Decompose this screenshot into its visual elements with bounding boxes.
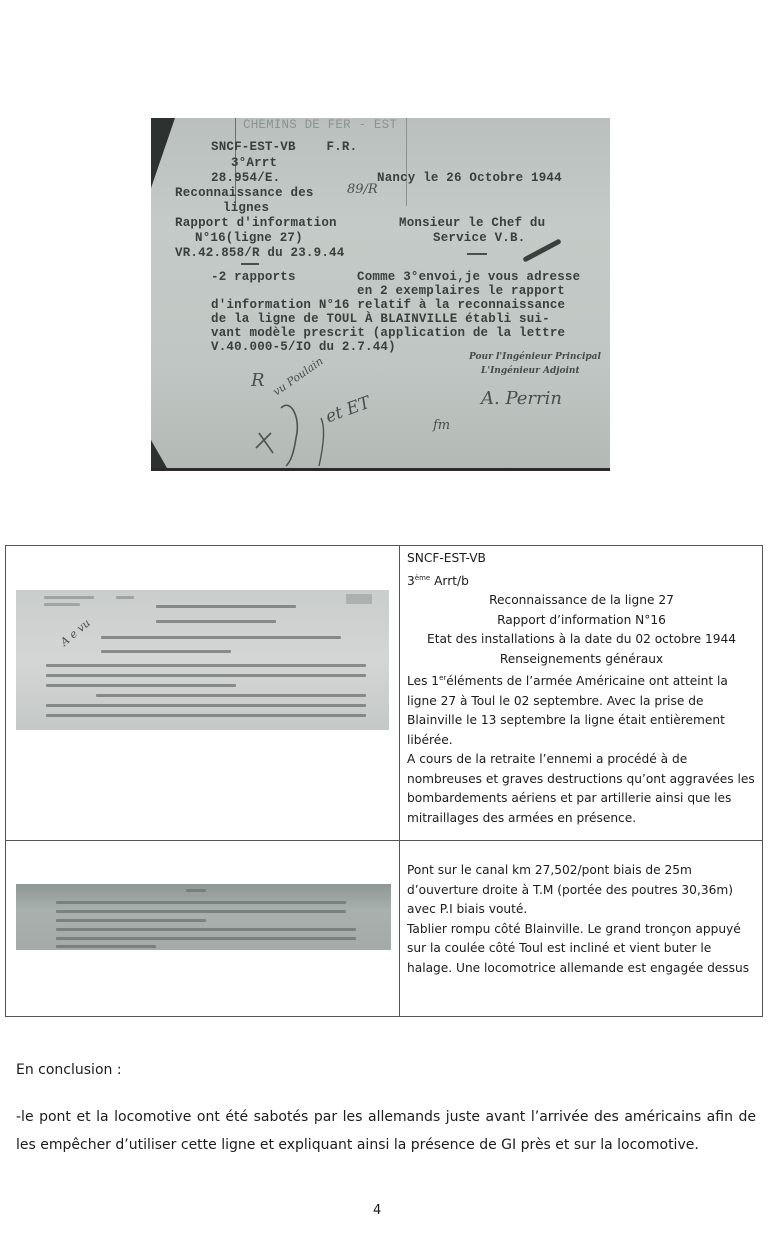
scan-corner-shadow	[151, 440, 167, 468]
letter-recipient: Service V.B.	[433, 231, 525, 245]
paragraph: Les 1eréléments de l’armée Américaine on…	[407, 669, 756, 750]
report-table: A e vu SNCF-EST-VB 3ème Arrt/b Reconnais…	[5, 545, 763, 1017]
handwritten-scribbles	[251, 378, 371, 468]
letter-subject: N°16(ligne 27)	[195, 231, 303, 245]
letter-reference: 28.954/E.	[211, 171, 280, 185]
signature-block: L'Ingénieur Adjoint	[481, 366, 580, 376]
report-scan-thumbnail: A e vu	[16, 590, 389, 730]
signature: A. Perrin	[481, 388, 562, 409]
paragraph: A cours de la retraite l’ennemi a procéd…	[407, 750, 756, 828]
letter-subject: VR.42.858/R du 23.9.44	[175, 246, 344, 260]
report-date-line: Etat des installations à la date du 02 o…	[407, 630, 756, 650]
divider-mark	[241, 263, 259, 265]
handwritten-annotation: A e vu	[58, 616, 93, 648]
paragraph: Tablier rompu côté Blainville. Le grand …	[407, 920, 756, 979]
letter-body-line: d'information N°16 relatif à la reconnai…	[211, 298, 565, 312]
divider-mark	[467, 253, 487, 255]
stamp-text: CHEMINS DE FER - EST	[243, 118, 397, 132]
pen-stroke	[522, 238, 561, 262]
handwritten-annotation: fm	[433, 418, 450, 433]
letter-header-line: SNCF-EST-VB F.R.	[211, 140, 357, 154]
signature-block: Pour l'Ingénieur Principal	[469, 352, 601, 362]
letter-body-line: en 2 exemplaires le rapport	[357, 284, 565, 298]
table-row: Pont sur le canal km 27,502/pont biais d…	[6, 841, 762, 1016]
arrt-superscript: ème	[415, 574, 430, 582]
scanned-letter-image: CHEMINS DE FER - EST SNCF-EST-VB F.R. 3°…	[151, 118, 610, 471]
letter-subject: Rapport d'information	[175, 216, 337, 230]
report-title: Reconnaissance de la ligne 27	[407, 591, 756, 611]
conclusion-heading: En conclusion :	[16, 1062, 122, 1078]
table-cell-text: Pont sur le canal km 27,502/pont biais d…	[401, 841, 762, 1016]
page-number: 4	[373, 1203, 381, 1218]
arrt-suffix: Arrt/b	[430, 574, 469, 588]
letter-header-line: 3°Arrt	[231, 156, 277, 170]
letter-body-line: de la ligne de TOUL À BLAINVILLE établi …	[211, 312, 550, 326]
letter-body-line: V.40.000-5/IO du 2.7.44)	[211, 340, 396, 354]
scan-corner-shadow	[151, 118, 175, 188]
letter-subject: Reconnaissance des	[175, 186, 314, 200]
paragraph: Pont sur le canal km 27,502/pont biais d…	[407, 861, 756, 920]
letter-enclosure: -2 rapports	[211, 270, 296, 284]
table-row: A e vu SNCF-EST-VB 3ème Arrt/b Reconnais…	[6, 546, 762, 841]
table-cell-text: SNCF-EST-VB 3ème Arrt/b Reconnaissance d…	[401, 546, 762, 840]
para-text: éléments de l’armée Américaine ont attei…	[407, 674, 728, 747]
conclusion-paragraph: -le pont et la locomotive ont été saboté…	[16, 1104, 756, 1159]
letter-subject: lignes	[223, 201, 269, 215]
arrt-number: 3	[407, 574, 415, 588]
table-cell-scan	[6, 841, 400, 1016]
org-header: SNCF-EST-VB	[407, 549, 756, 569]
section-heading: Renseignements généraux	[407, 650, 756, 670]
letter-body-line: Comme 3°envoi,je vous adresse	[357, 270, 580, 284]
report-number: Rapport d’information N°16	[407, 611, 756, 631]
handwritten-note: 89/R	[347, 182, 378, 197]
table-cell-scan: A e vu	[6, 546, 400, 840]
letter-date: Nancy le 26 Octobre 1944	[377, 171, 562, 185]
report-scan-thumbnail	[16, 884, 391, 950]
para-prefix: Les 1	[407, 674, 439, 688]
arrondissement: 3ème Arrt/b	[407, 569, 756, 592]
letter-recipient: Monsieur le Chef du	[399, 216, 545, 230]
letter-body-line: vant modèle prescrit (application de la …	[211, 326, 565, 340]
